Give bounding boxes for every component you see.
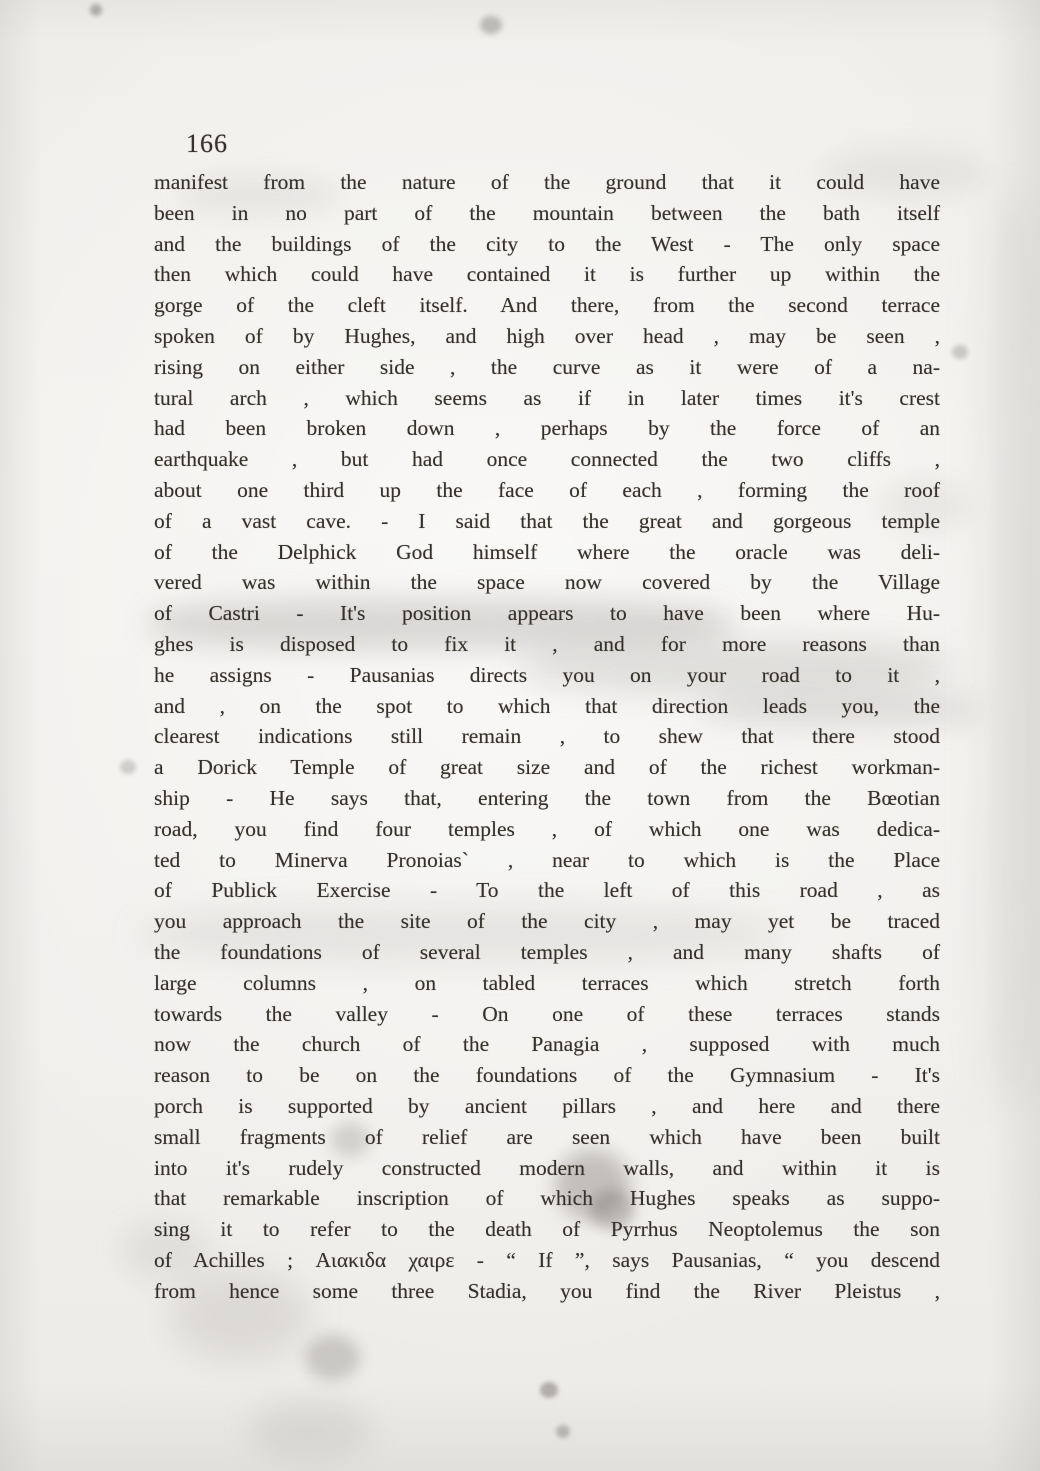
- paper-speck: [952, 345, 968, 359]
- paper-stain: [250, 1400, 370, 1460]
- text-line: spoken of by Hughes, and high over head …: [154, 321, 940, 352]
- paper-speck: [556, 1425, 570, 1438]
- body-text: manifest from the nature of the ground t…: [154, 167, 940, 1306]
- text-line: of Castri - It's position appears to hav…: [154, 598, 940, 629]
- text-line: a Dorick Temple of great size and of the…: [154, 752, 940, 783]
- text-line: and the buildings of the city to the Wes…: [154, 229, 940, 260]
- text-line: had been broken down , perhaps by the fo…: [154, 413, 940, 444]
- text-line: of Publick Exercise - To the left of thi…: [154, 875, 940, 906]
- paper-speck: [120, 760, 136, 774]
- text-line: then which could have contained it is fu…: [154, 259, 940, 290]
- text-line: about one third up the face of each , fo…: [154, 475, 940, 506]
- text-line: large columns , on tabled terraces which…: [154, 968, 940, 999]
- text-line: manifest from the nature of the ground t…: [154, 167, 940, 198]
- text-line: that remarkable inscription of which Hug…: [154, 1183, 940, 1214]
- page-number: 166: [186, 129, 228, 159]
- text-line: ship - He says that, entering the town f…: [154, 783, 940, 814]
- text-line: ted to Minerva Pronoias` , near to which…: [154, 845, 940, 876]
- paper-speck: [90, 4, 102, 16]
- text-line: into it's rudely constructed modern wall…: [154, 1153, 940, 1184]
- text-line: porch is supported by ancient pillars , …: [154, 1091, 940, 1122]
- text-line: from hence some three Stadia, you find t…: [154, 1276, 940, 1307]
- paper-smudge: [985, 200, 1040, 1100]
- text-line: clearest indications still remain , to s…: [154, 721, 940, 752]
- text-line: towards the valley - On one of these ter…: [154, 999, 940, 1030]
- text-line: road, you find four temples , of which o…: [154, 814, 940, 845]
- text-line: of a vast cave. - I said that the great …: [154, 506, 940, 537]
- text-line: of the Delphick God himself where the or…: [154, 537, 940, 568]
- scanned-page: 166 manifest from the nature of the grou…: [0, 0, 1040, 1471]
- text-line: ghes is disposed to fix it , and for mor…: [154, 629, 940, 660]
- paper-speck: [480, 16, 502, 34]
- text-line: been in no part of the mountain between …: [154, 198, 940, 229]
- text-line: earthquake , but had once connected the …: [154, 444, 940, 475]
- text-line: now the church of the Panagia , supposed…: [154, 1029, 940, 1060]
- text-line: sing it to refer to the death of Pyrrhus…: [154, 1214, 940, 1245]
- paper-stain: [305, 1335, 360, 1380]
- text-line: you approach the site of the city , may …: [154, 906, 940, 937]
- paper-speck: [540, 1382, 558, 1398]
- text-line: rising on either side , the curve as it …: [154, 352, 940, 383]
- text-line: tural arch , which seems as if in later …: [154, 383, 940, 414]
- text-line: small fragments of relief are seen which…: [154, 1122, 940, 1153]
- text-line: and , on the spot to which that directio…: [154, 691, 940, 722]
- text-line: gorge of the cleft itself. And there, fr…: [154, 290, 940, 321]
- text-line: of Achilles ; Αιακιδα χαιρε - “ If ”, sa…: [154, 1245, 940, 1276]
- text-line: reason to be on the foundations of the G…: [154, 1060, 940, 1091]
- text-line: he assigns - Pausanias directs you on yo…: [154, 660, 940, 691]
- text-line: vered was within the space now covered b…: [154, 567, 940, 598]
- text-line: the foundations of several temples , and…: [154, 937, 940, 968]
